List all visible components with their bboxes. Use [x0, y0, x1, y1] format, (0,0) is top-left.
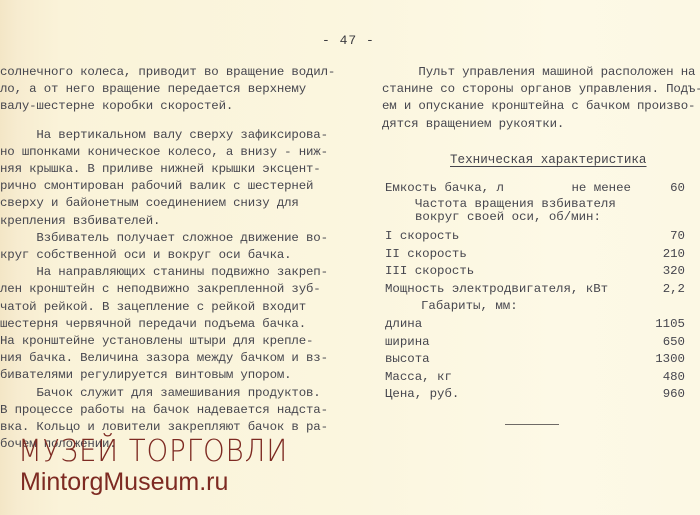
left-text-column: солнечного колеса, приводит во вращение … [0, 64, 345, 453]
spec-value: 1105 [645, 316, 685, 334]
watermark-title: МУЗЕЙ ТОРГОВЛИ [18, 437, 288, 467]
spec-row-motor-power: Мощность электродвигателя, кВт 2,2 [385, 281, 685, 299]
spec-label: длина [385, 316, 422, 334]
text-line: Пульт управления машиной расположен на [382, 64, 700, 81]
text-line: няя крышка. В приливе нижней крышки эксц… [0, 161, 345, 178]
spec-label: вокруг своей оси, об/мин: [415, 211, 601, 224]
spec-row-bowl-capacity: Емкость бачка, л не менее 60 [385, 180, 685, 198]
spec-value: 650 [645, 334, 685, 352]
text-line: На кронштейне установлены штыри для креп… [0, 333, 345, 350]
text-line: сверху и байонетным соединением снизу дл… [0, 195, 345, 212]
spec-label: ширина [385, 334, 430, 352]
spec-value: 320 [645, 263, 685, 281]
text-line: лен кронштейн с неподвижно закрепленной … [0, 281, 345, 298]
spec-value: 210 [645, 246, 685, 264]
spec-row-speed-3: III скорость 320 [385, 263, 685, 281]
text-line: валу-шестерне коробки скоростей. [0, 98, 345, 115]
spec-row-width: ширина 650 [385, 334, 685, 352]
spec-row-speed-2: II скорость 210 [385, 246, 685, 264]
spec-row-height: высота 1300 [385, 351, 685, 369]
spec-row-mass: Масса, кг 480 [385, 369, 685, 387]
spec-label: Частота вращения взбивателя [415, 198, 616, 211]
spec-qualifier: не менее [572, 180, 632, 198]
text-line: крепления взбивателей. [0, 213, 345, 230]
text-line: бивателями регулируется винтовым упором. [0, 367, 345, 384]
spec-value: 70 [645, 228, 685, 246]
text-line: но шпонками коническое колесо, а внизу -… [0, 144, 345, 161]
tech-spec-title: Техническая характеристика [450, 153, 647, 167]
spec-label: III скорость [385, 263, 474, 281]
watermark-logo: МУЗЕЙ ТОРГОВЛИ MintorgMuseum.ru [18, 437, 312, 496]
watermark-url: MintorgMuseum.ru [20, 468, 312, 496]
text-line: В процессе работы на бачок надевается на… [0, 402, 345, 419]
paragraph-gap [0, 116, 345, 127]
text-line: Бачок служит для замешивания продуктов. [0, 385, 345, 402]
spec-value: 480 [645, 369, 685, 387]
spec-row-length: длина 1105 [385, 316, 685, 334]
spec-label: Цена, руб. [385, 386, 459, 404]
spec-label: Габариты, мм: [421, 298, 518, 316]
spec-value: 1300 [645, 351, 685, 369]
text-line: ния бачка. Величина зазора между бачком … [0, 350, 345, 367]
spec-label: Емкость бачка, л [385, 180, 504, 198]
spec-row-speed-1: I скорость 70 [385, 228, 685, 246]
spec-row-price: Цена, руб. 960 [385, 386, 685, 404]
spec-label: Мощность электродвигателя, кВт [385, 281, 608, 299]
text-line: шестерня червячной передачи подъема бачк… [0, 316, 345, 333]
tech-spec-table: Емкость бачка, л не менее 60 Частота вра… [385, 180, 685, 404]
spec-rotation-header-1: Частота вращения взбивателя [385, 198, 685, 211]
text-line: круг собственной оси и вокруг оси бачка. [0, 247, 345, 264]
spec-label: Масса, кг [385, 369, 452, 387]
text-line: рично смонтирован рабочий валик с шестер… [0, 178, 345, 195]
spec-label: II скорость [385, 246, 467, 264]
text-line: На вертикальном валу сверху зафиксирова- [0, 127, 345, 144]
text-line: солнечного колеса, приводит во вращение … [0, 64, 345, 81]
spec-value: 60 [645, 180, 685, 198]
text-line: На направляющих станины подвижно закреп- [0, 264, 345, 281]
text-line: станине со стороны органов управления. П… [382, 81, 700, 98]
page-number: - 47 - [322, 33, 375, 48]
text-line: ло, а от него вращение передается верхне… [0, 81, 345, 98]
text-line: чатой рейкой. В зацепление с рейкой вход… [0, 299, 345, 316]
spec-label: высота [385, 351, 430, 369]
spec-value: 2,2 [645, 281, 685, 299]
text-line: Взбиватель получает сложное движение во- [0, 230, 345, 247]
end-divider [505, 424, 559, 425]
spec-rotation-header-2: вокруг своей оси, об/мин: [385, 211, 685, 224]
text-line: ем и опускание кронштейна с бачком произ… [382, 98, 700, 115]
spec-label: I скорость [385, 228, 459, 246]
spec-dimensions-header: Габариты, мм: [385, 298, 685, 316]
right-text-column: Пульт управления машиной расположен наст… [382, 64, 700, 133]
spec-value: 960 [645, 386, 685, 404]
text-line: дятся вращением рукоятки. [382, 116, 700, 133]
